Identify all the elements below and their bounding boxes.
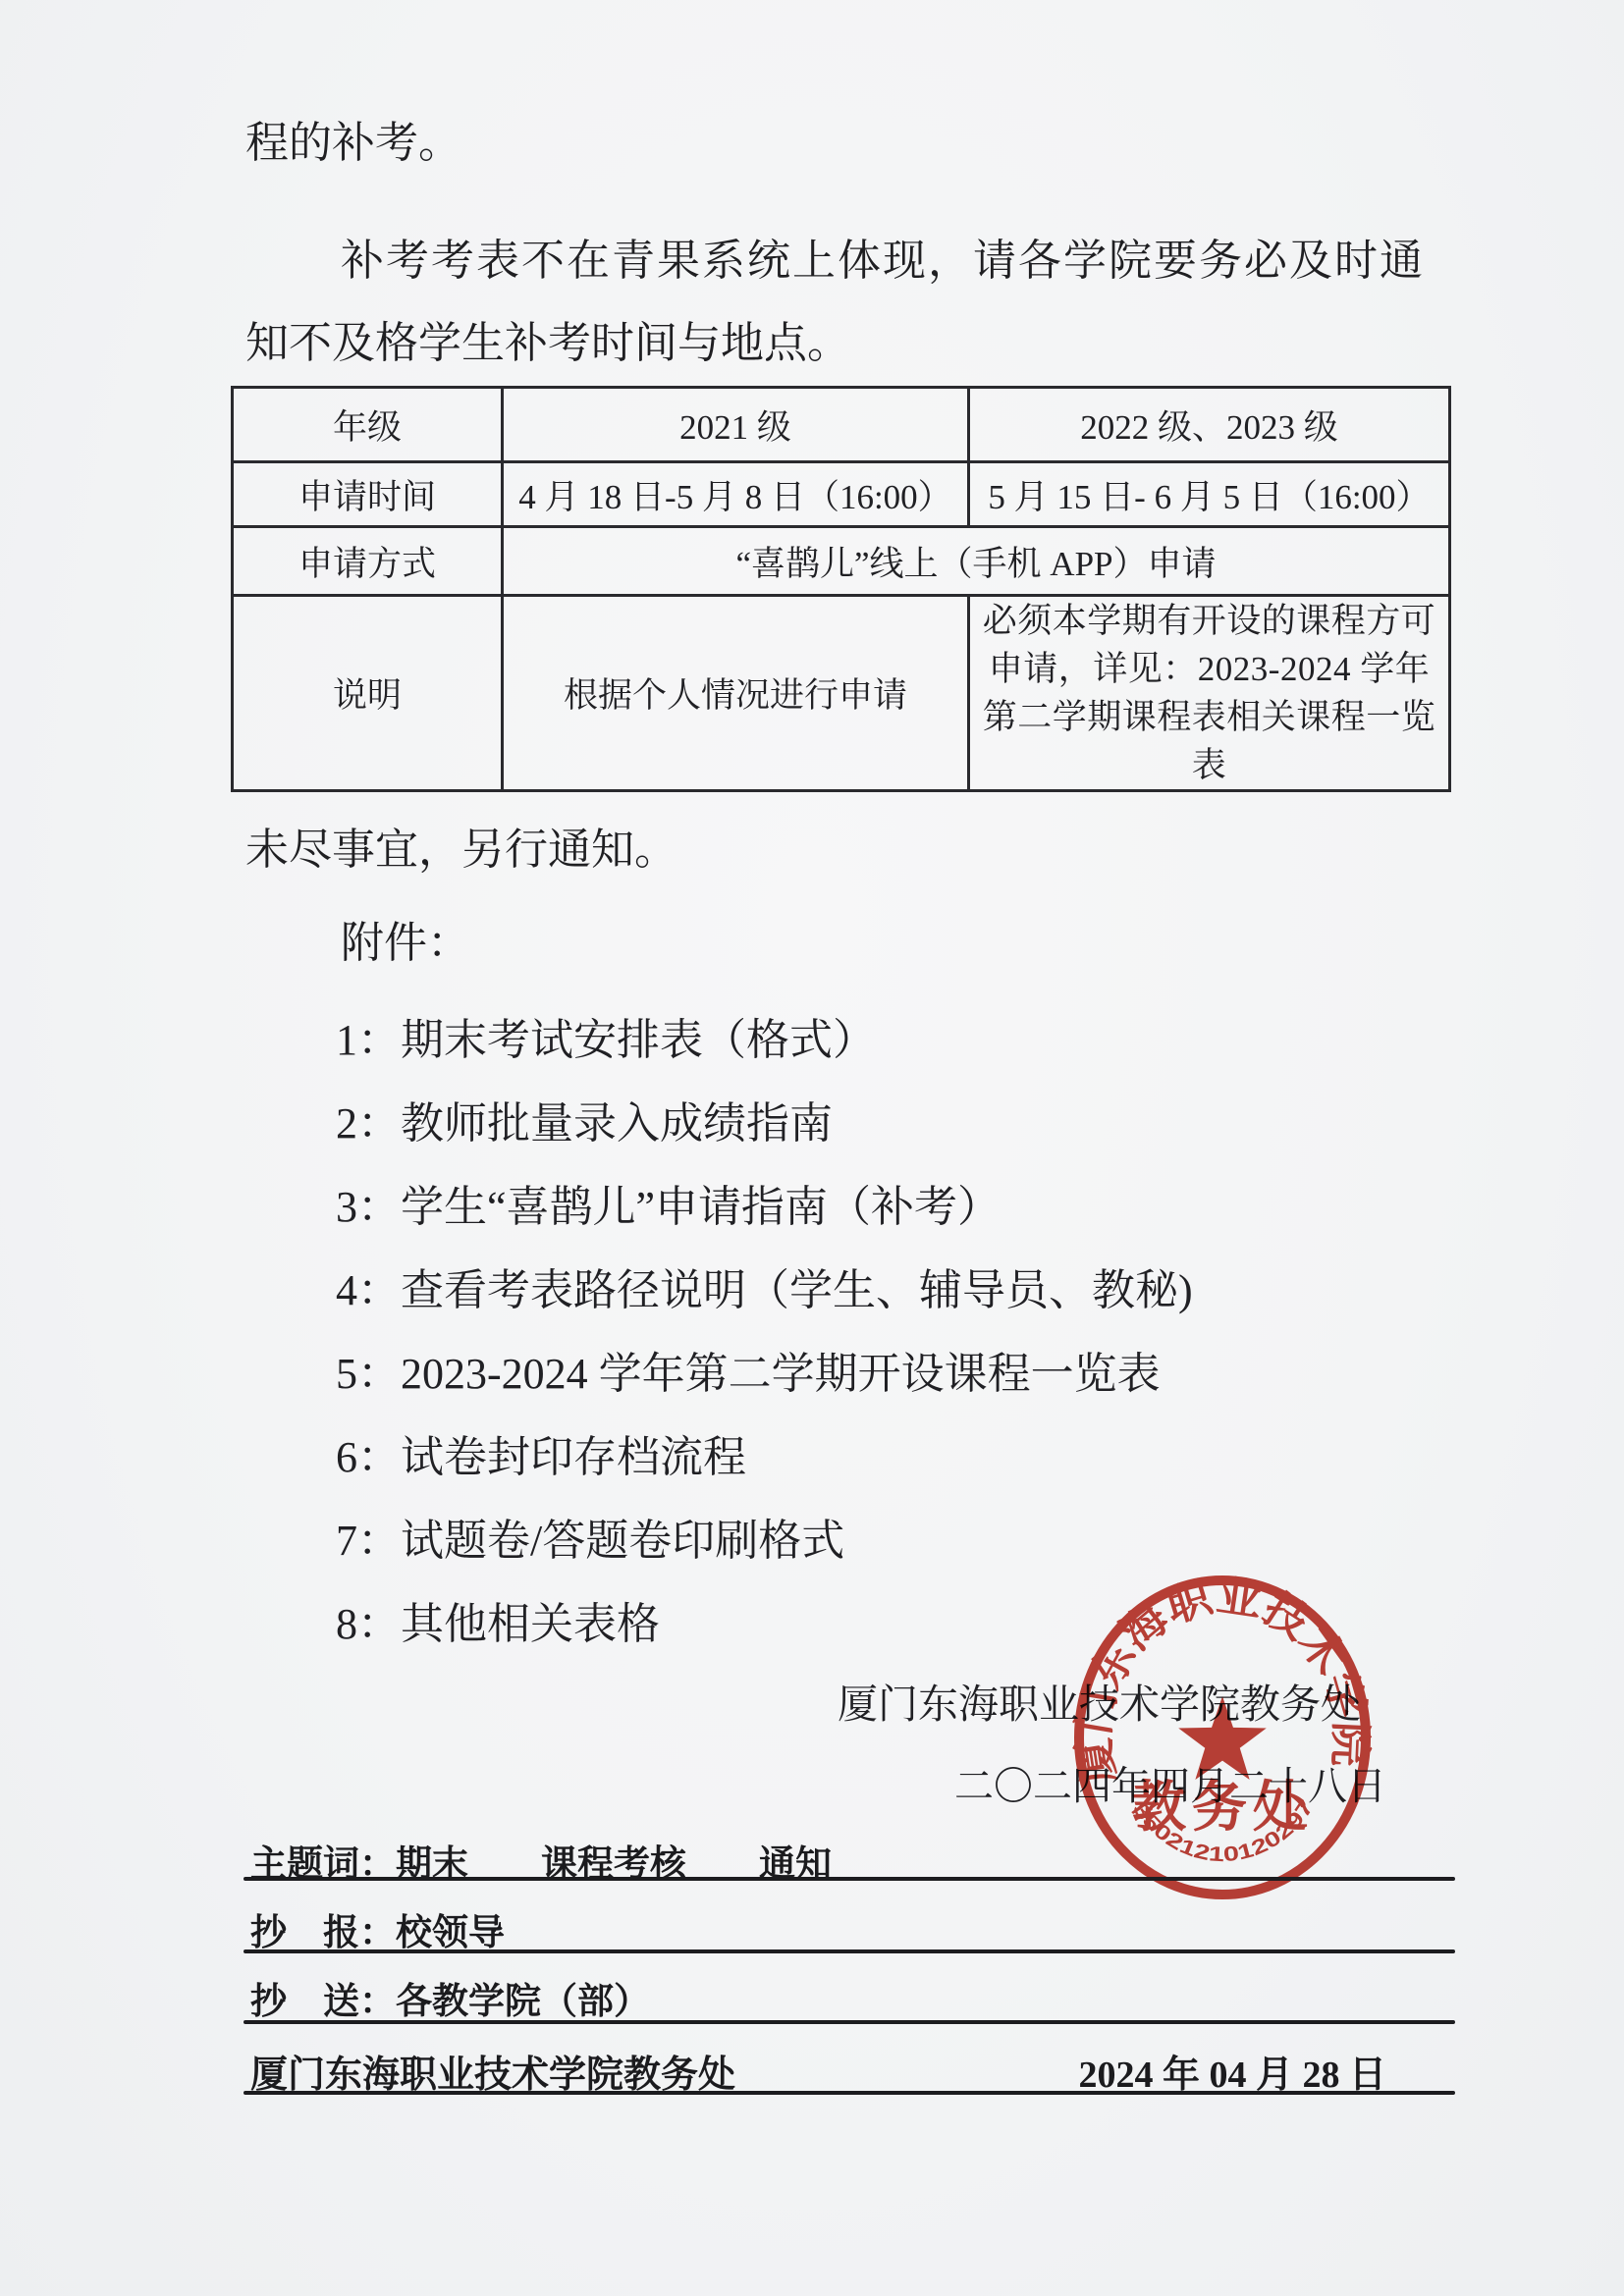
grade-2021-cell: 2021 级 (503, 388, 969, 462)
apply-time-label-cell: 申请时间 (233, 462, 503, 527)
table-row-apply-time: 申请时间 4 月 18 日-5 月 8 日（16:00） 5 月 15 日- 6… (233, 462, 1450, 527)
attachment-item-1: 1：期末考试安排表（格式） (336, 1004, 876, 1067)
apply-time-2021-cell: 4 月 18 日-5 月 8 日（16:00） (503, 462, 969, 527)
attachment-item-8: 8：其他相关表格 (336, 1588, 660, 1651)
makeup-exam-table: 年级 2021 级 2022 级、2023 级 申请时间 4 月 18 日-5 … (231, 386, 1451, 792)
attachment-item-7: 7：试题卷/答题卷印刷格式 (336, 1505, 844, 1568)
copy-send-line: 抄 送：各教学院（部） (250, 1971, 650, 2024)
footer-divider-2 (244, 1949, 1455, 1953)
table-row-grade: 年级 2021 级 2022 级、2023 级 (233, 388, 1450, 462)
attachments-label: 附件： (341, 916, 470, 970)
table-row-apply-method: 申请方式 “喜鹊儿”线上（手机 APP）申请 (233, 527, 1450, 596)
footer-divider-3 (244, 2020, 1455, 2024)
closing-line: 未尽事宜，另行通知。 (245, 823, 677, 877)
paragraph-line-2: 知不及格学生补考时间与地点。 (245, 316, 850, 370)
attachment-item-3: 3：学生“喜鹊儿”申请指南（补考） (336, 1171, 1001, 1234)
apply-time-2022-cell: 5 月 15 日- 6 月 5 日（16:00） (969, 462, 1450, 527)
scanned-notice-page: 程的补考。 补考考表不在青果系统上体现，请各学院要务必及时通 知不及格学生补考时… (0, 0, 1624, 2296)
attachment-item-4: 4：查看考表路径说明（学生、辅导员、教秘) (336, 1255, 1193, 1317)
grade-label-cell: 年级 (233, 388, 503, 462)
footer-issue-date: 2024 年 04 月 28 日 (1078, 2044, 1386, 2098)
description-label-cell: 说明 (233, 596, 503, 791)
attachment-item-2: 2：教师批量录入成绩指南 (336, 1088, 833, 1150)
footer-issuer: 厦门东海职业技术学院教务处 (250, 2044, 735, 2098)
attachment-item-5: 5：2023-2024 学年第二学期开设课程一览表 (336, 1338, 1161, 1401)
opening-line: 程的补考。 (245, 116, 461, 170)
description-2021-cell: 根据个人情况进行申请 (503, 596, 969, 791)
copy-report-line: 抄 报：校领导 (250, 1902, 505, 1955)
table-row-description: 说明 根据个人情况进行申请 必须本学期有开设的课程方可申请，详见：2023-20… (233, 596, 1450, 791)
attachment-item-6: 6：试卷封印存档流程 (336, 1421, 746, 1484)
apply-method-value-cell: “喜鹊儿”线上（手机 APP）申请 (503, 527, 1450, 596)
footer-divider-1 (244, 1877, 1455, 1881)
footer-divider-4 (244, 2091, 1455, 2095)
grade-2022-2023-cell: 2022 级、2023 级 (969, 388, 1450, 462)
official-seal-graphic: 厦门东海职业技术学院 教务处 35021210120297 (1060, 1563, 1384, 1916)
apply-method-label-cell: 申请方式 (233, 527, 503, 596)
paragraph-line-1: 补考考表不在青果系统上体现，请各学院要务必及时通 (341, 234, 1425, 288)
star-icon (1178, 1696, 1267, 1780)
description-2022-cell: 必须本学期有开设的课程方可申请，详见：2023-2024 学年第二学期课程表相关… (969, 596, 1450, 791)
official-seal: 厦门东海职业技术学院 教务处 35021210120297 (1060, 1563, 1384, 1916)
